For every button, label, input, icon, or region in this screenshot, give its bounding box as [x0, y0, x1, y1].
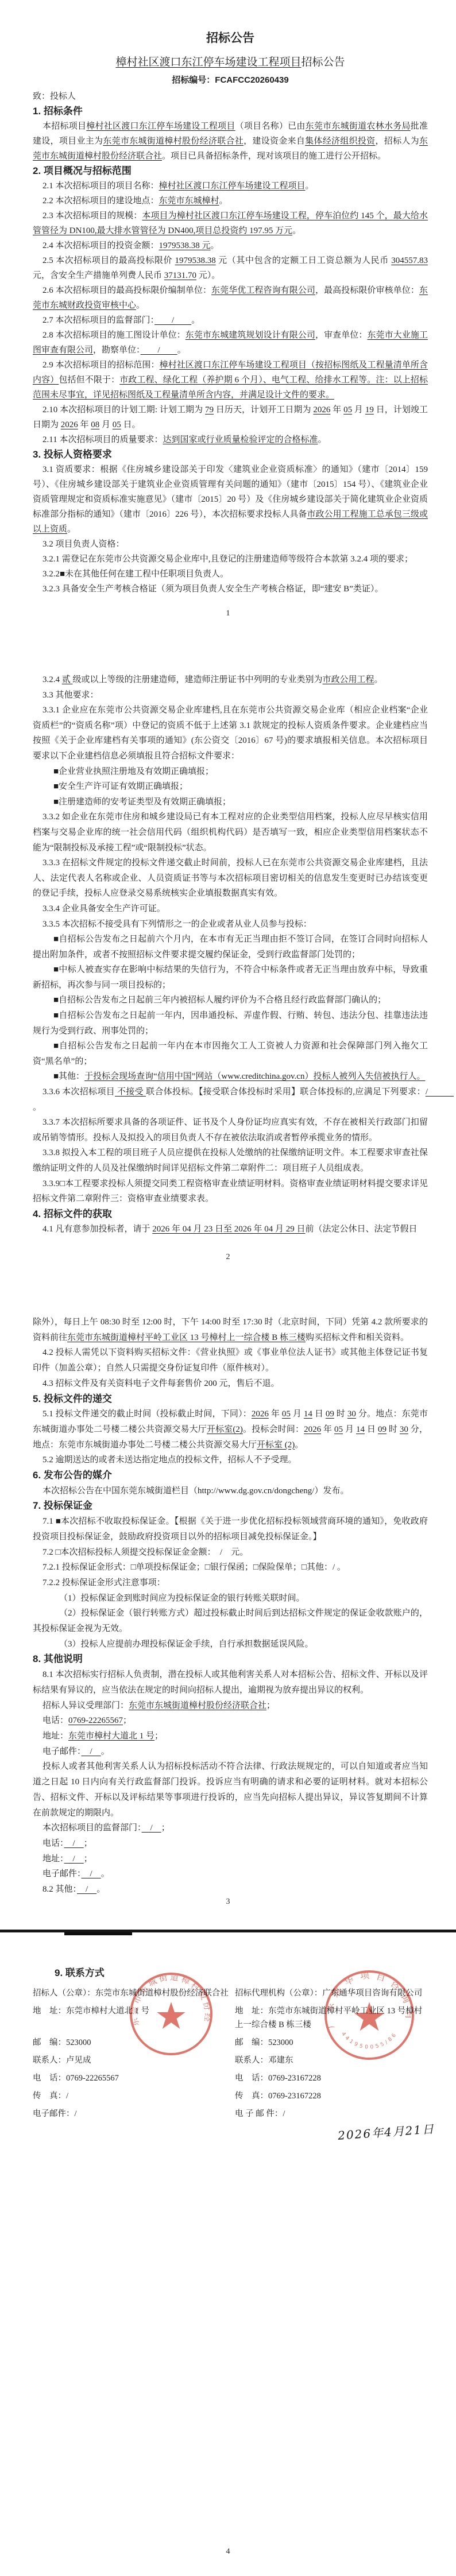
field-value: 不接受 — [115, 1087, 146, 1097]
section-1-heading: 1. 招标条件 — [33, 104, 428, 119]
exclusion-bullet-contract-refusal: ■自招标公告发布之日起前六个月内，在本市有无正当理由拒不签订合同，在签订合同时向… — [33, 932, 428, 962]
clause-2-2: 2.2 本次招标项目的建设地点：东莞市东城樟村。 — [33, 193, 428, 208]
requirement-bullet-license: ■企业营业执照注册地及有效期正确填报； — [33, 764, 428, 780]
field-value: 樟村社区渡口东江停车场建设工程项目 — [115, 56, 301, 68]
clause-3-2-2: 3.2.2■未在其他任何在建工程中任职项目负责人。 — [33, 567, 428, 582]
clause-4-1-part1: 4.1 凡有意参加投标者，请于 2026 年 04 月 23 日至 2026 年… — [33, 1222, 428, 1237]
clause-7-2-2-item1: （1）投标保证金到账时间应为投标保证金的银行转账关联时间。 — [33, 1591, 428, 1606]
page-2: 3.2.4 贰 级或以上等级的注册建造师，建造师注册证书中列明的专业类别为市政公… — [33, 672, 428, 1237]
tender-ref-number: FCAFCC20260439 — [215, 75, 288, 85]
salutation: 致：投标人 — [33, 89, 428, 104]
clause-3-2-1: 3.2.1 需登记在东莞市公共资源交易企业库中,且登记的注册建造师等级符合本款第… — [33, 552, 428, 567]
tenderer-email-row: 电子邮件：/ — [33, 2107, 235, 2121]
field-value: 14 — [304, 1409, 312, 1419]
agency-email-row: 电 子 邮 件：/ — [235, 2107, 429, 2121]
clause-2-3: 2.3 本次招标项目的规模：本项目为樟村社区渡口东江停车场建设工程，停车泊位约 … — [33, 208, 428, 238]
supervision-address: 地址： / ； — [33, 1851, 428, 1867]
field-value: / — [82, 1869, 101, 1878]
tenderer-phone-row: 电 话：0769-22265567 — [33, 2071, 235, 2085]
supervision-dept: 本次招标项目的监督部门： / ； — [33, 1820, 428, 1836]
page-number-4: 4 — [0, 2545, 456, 2559]
field-value: 东莞市东城街道农林水务局 — [306, 122, 411, 131]
clause-3-3-3: 3.3.3 在招标文件规定的投标文件递交截止时间前，投标人已在东莞市公共资源交易… — [33, 855, 428, 901]
clause-2-1: 2.1 本次招标项目的项目名称：樟村社区渡口东江停车场建设工程项目。 — [33, 179, 428, 193]
field-value: / — [154, 316, 191, 325]
field-value: 东莞市樟村大道北 1 号 — [68, 1731, 154, 1741]
agency-stamp-code: 441950055/86 — [340, 2031, 398, 2050]
clause-7-2-1: 7.2.1 投标保证金形式：□单项投标保证金；□银行保函；□保险保单；□其他：/… — [33, 1560, 428, 1575]
field-value: 1979538.38 元 — [159, 241, 211, 250]
clause-3-3: 3.3 其他要求： — [33, 688, 428, 703]
clause-5-1: 5.1 投标文件递交的截止时间（投标截止时间，下同）：2026 年 05 月 1… — [33, 1407, 428, 1452]
clause-7-2-2: 7.2.2 投标保证金形式注意事项： — [33, 1575, 428, 1591]
supervision-email: 电子邮件： / 。 — [33, 1866, 428, 1882]
section-8-heading: 8. 其他说明 — [33, 1652, 428, 1667]
field-value: 贰 — [62, 675, 73, 684]
clause-3-2-3: 3.2.3 具备安全生产考核合格证（须为项目负责人安全生产考核合格证，即“建安 … — [33, 582, 428, 596]
page-number-3: 3 — [0, 1895, 456, 1909]
clause-7-2-2-item2: （2）投标保证金（银行转账方式）超过投标截止时间后到达招标文件规定的保证金收款账… — [33, 1606, 428, 1636]
field-value: 集体经济组织投资 — [305, 137, 375, 146]
clause-4-1-part2: 除外），每日上午 08:30 时至 12:00 时，下午 14:00 时至 17… — [33, 1315, 428, 1345]
document: 招标公告 樟村社区渡口东江停车场建设工程项目招标公告 招标编号：FCAFCC20… — [0, 0, 456, 2576]
field-value: 2026 — [313, 405, 330, 415]
clause-7-1: 7.1 ■本次招标不收取投标保证金。【根据《关于进一步优化招标投标领域营商环境的… — [33, 1514, 428, 1544]
field-value: 市政公用工程施工总承包三级或以上资质 — [33, 510, 428, 534]
tender-ref: 招标编号：FCAFCC20260439 — [33, 74, 428, 87]
field-value: 樟村社区渡口东江停车场建设工程项目 — [86, 122, 235, 131]
objection-address: 地址：东莞市樟村大道北 1 号； — [33, 1729, 428, 1744]
field-value: 开标室 (2) — [257, 1440, 295, 1450]
field-value: 市政工程、绿化工程（养护期 6 个月）、电气工程、给排水工程等。 — [119, 375, 376, 385]
exclusion-bullet-wage-blacklist: ■自招标公告发布之日起前一年内在本市因拖欠工人工资被人力资源和社会保障部门列入拖… — [33, 1039, 428, 1069]
clause-2-4: 2.4 本次招标项目的投资金额：1979538.38 元。 — [33, 238, 428, 253]
section-5-heading: 5. 投标文件的递交 — [33, 1392, 428, 1407]
field-value: 08 — [91, 420, 99, 429]
supervision-phone: 电话： / ； — [33, 1836, 428, 1851]
clause-3-2-4: 3.2.4 贰 级或以上等级的注册建造师，建造师注册证书中列明的专业类别为市政公… — [33, 672, 428, 688]
agency-fax-row: 传 真：0769-23167228 — [235, 2089, 429, 2103]
field-value: 2026 — [304, 1425, 321, 1434]
exclusion-bullet-credit-china: ■其他：于投标会现场查询“信用中国”网站（www.creditchina.gov… — [33, 1069, 428, 1084]
field-value: / — [77, 1885, 96, 1894]
section-4-heading: 4. 招标文件的获取 — [33, 1207, 428, 1222]
doc-title: 招标公告 — [33, 30, 428, 47]
clause-7-2-2-item3: （3）投标人应提前办理投标保证金手续，自行承担数据延误风险。 — [33, 1637, 428, 1652]
field-value: / — [141, 346, 177, 355]
stamp-star-icon — [157, 2002, 185, 2029]
exclusion-bullet-evaluation: ■自招标公告发布之日起前三年内被招标人履约评价为不合格且经行政监督部门确认的； — [33, 993, 428, 1008]
field-value: 14 — [356, 1425, 365, 1434]
clause-2-7: 2.7 本次招标项目的监督部门： / 。 — [33, 313, 428, 328]
clause-5-2: 5.2 逾期送达的或者未送达指定地点的投标文件，招标人不予受理。 — [33, 1452, 428, 1468]
complaint-note: 投标人或者其他利害关系人认为招标投标活动不符合法律、行政法规规定的，可以自知道或… — [33, 1759, 428, 1820]
field-value: 09 — [378, 1425, 387, 1434]
field-value: 开标室(2) — [207, 1425, 243, 1434]
page-number-2: 2 — [0, 1250, 456, 1264]
page-1-body: 致：投标人1. 招标条件本招标项目樟村社区渡口东江停车场建设工程项目（项目名称）… — [33, 89, 428, 596]
field-value: / — [142, 1823, 161, 1833]
field-value: 于投标会现场查询“信用中国”网站（www.creditchina.gov.cn）… — [84, 1072, 425, 1081]
field-value: / — [426, 1087, 454, 1097]
field-value: 市政公用工程 — [323, 675, 374, 684]
clause-4-2: 4.2 投标人需凭以下资料购买招标文件：《营业执照》或《事业单位法人证书》或其他… — [33, 1345, 428, 1376]
field-value: 达到国家或行业质量检验评定的合格标准 — [163, 435, 318, 444]
page-3: 除外），每日上午 08:30 时至 12:00 时，下午 14:00 时至 17… — [33, 1315, 428, 1897]
doc-subtitle: 樟村社区渡口东江停车场建设工程项目招标公告 — [33, 55, 428, 71]
objection-email: 电子邮件： / 。 — [33, 1744, 428, 1760]
field-value: 樟村社区渡口东江停车场建设工程项目 — [159, 181, 306, 191]
field-value: 30 — [347, 1409, 356, 1419]
field-value: 东莞市东城街道樟村平岭工业区 13 号樟村上一综合楼 B 栋三楼 — [67, 1333, 306, 1342]
field-value: 招标公告 — [302, 56, 345, 68]
clause-3-3-9: 3.3.9□本工程要求投标人须提交同类工程资格审查业绩证明材料。资格审查业绩证明… — [33, 1176, 428, 1207]
clause-3-3-6: 3.3.6 本次招标项目 不接受 联合体投标。【接受联合体投标时采用】联合体投标… — [33, 1084, 428, 1115]
clause-2-5: 2.5 本次招标项目的最高投标限价 1979538.38 元（其中包含的定额工日… — [33, 253, 428, 283]
clause-3-3-1: 3.3.1 企业应在东莞市公共资源交易企业库建档,且在东莞市公共资源交易企业库（… — [33, 703, 428, 764]
clause-3-3-7: 3.3.7 本次招标所要求具备的各项证件、证书及个人身份证均应真实有效，不存在被… — [33, 1115, 428, 1145]
agency-phone-row: 电 话：0769-23167228 — [235, 2071, 429, 2085]
page-scan-divider-notch — [64, 1932, 132, 1935]
svg-text:441950055/86: 441950055/86 — [340, 2031, 398, 2050]
stamp-star-icon — [354, 2002, 385, 2031]
section-6-heading: 6. 发布公告的媒介 — [33, 1468, 428, 1483]
page-1: 招标公告 樟村社区渡口东江停车场建设工程项目招标公告 招标编号：FCAFCC20… — [33, 30, 428, 596]
field-value: 东莞市东城街道樟村股份经济联合社 — [129, 1701, 266, 1710]
clause-7-2: 7.2 □本次招标投标人须提交投标保证金金额： / 元。 — [33, 1545, 428, 1560]
field-value: 19 — [365, 405, 374, 415]
field-value: 2026 年 04 月 23 日至 2026 年 04 月 29 日 — [152, 1225, 305, 1234]
clause-3-1: 3.1 资质要求：根据《住房城乡建设部关于印发〈建筑业企业资质标准〉的通知》（建… — [33, 462, 428, 537]
field-value: 05 — [334, 1425, 343, 1434]
clause-2-11: 2.11 本次招标项目的质量要求：达到国家或行业质量检验评定的合格标准。 — [33, 432, 428, 447]
section-3-heading: 3. 投标人资格要求 — [33, 447, 428, 462]
field-value: 1979538.38 — [175, 256, 216, 265]
clause-3-3-8: 3.3.8 拟投入本工程的项目班子人员应提供在投标人处缴纳的社保缴纳证明文件。本… — [33, 1145, 428, 1176]
clause-3-2: 3.2 项目负责人资格： — [33, 537, 428, 552]
exclusion-bullet-bad-faith: ■中标人被查实存在影响中标结果的失信行为，不符合中标条件或者无正当理由放弃中标，… — [33, 962, 428, 993]
section-7-heading: 7. 投标保证金 — [33, 1498, 428, 1514]
field-value: 2026 — [61, 420, 78, 429]
field-value: 30 — [400, 1425, 408, 1434]
field-value: 东莞市东城樟村 — [159, 196, 219, 206]
tenderer-fax-row: 传 真：/ — [33, 2089, 235, 2103]
page-number-1: 1 — [0, 607, 456, 621]
field-value: / — [82, 1747, 101, 1756]
tenderer-official-stamp: 东莞市东城街道樟村股份经济联合社 — [128, 1971, 214, 2057]
section-2-heading: 2. 项目概况与招标范围 — [33, 164, 428, 179]
objection-phone: 电话：0769-22265567； — [33, 1713, 428, 1729]
exclusion-bullet-collusion: ■自招标公告发布之日起前一年内，因串通投标、弄虚作假、行贿、转包、违法分包、挂靠… — [33, 1008, 428, 1039]
field-value: 东莞市东城街道樟村股份经济联合社 — [103, 137, 244, 146]
requirement-bullet-safety-permit: ■安全生产许可证有效期正确填报； — [33, 779, 428, 795]
field-value: 东莞华优工程咨询有限公司 — [211, 286, 315, 295]
requirement-bullet-builder-cert: ■注册建造师的安考证类型及有效期正确填报； — [33, 795, 428, 810]
clause-8-1: 8.1 本次招标实行招标人负责制，潜在投标人或其他利害关系人对本招标公告、招标文… — [33, 1667, 428, 1698]
field-value: / — [64, 1854, 84, 1864]
field-value: 本项目为樟村社区渡口东江停车场建设工程，停车泊位约 145 个，最大给水管管径为… — [33, 211, 428, 235]
agency-official-stamp: 广东通华项目咨询有限公司 441950055/86 — [323, 1969, 416, 2062]
clause-3-3-2: 3.3.2 如企业在东莞市住房和城乡建设局已有本工程对应的企业类型信用档案，投标… — [33, 809, 428, 855]
field-value: 05 — [113, 420, 121, 429]
field-value: 304557.83 — [391, 256, 428, 265]
field-value: 05 — [343, 405, 352, 415]
clause-2-6: 2.6 本次招标项目的最高投标限价编制单位：东莞华优工程咨询有限公司，最高投标限… — [33, 283, 428, 313]
tender-ref-label: 招标编号： — [172, 75, 215, 85]
clause-2-10: 2.10 本次招标项目的计划工期: 计划工期为 79 日历天，计划开工日期为 2… — [33, 402, 428, 432]
section-9-heading: 9. 联系方式 — [55, 1966, 105, 1980]
objection-dept: 招标人异议受理部门：东莞市东城街道樟村股份经济联合社； — [33, 1698, 428, 1714]
field-value: 2026 — [252, 1409, 269, 1419]
clause-2-8: 2.8 本次招标项目的施工图设计单位：东莞市东城建筑规划设计有限公司，审查单位：… — [33, 328, 428, 358]
field-value: 79 — [205, 405, 214, 415]
clause-6-media: 本次招标公告在中国东莞东城街道栏目（http://www.dg.gov.cn/d… — [33, 1483, 428, 1499]
field-value: 09 — [326, 1409, 334, 1419]
clause-3-3-5: 3.3.5 本次招标不接受具有下列情形之一的企业或者从业人员参与投标： — [33, 917, 428, 932]
field-value: 37131.70 — [164, 271, 196, 280]
clause-1-intro: 本招标项目樟村社区渡口东江停车场建设工程项目（项目名称）已由东莞市东城街道农林水… — [33, 119, 428, 164]
field-value: 东莞市东城建筑规划设计有限公司 — [186, 331, 315, 340]
clause-3-3-4: 3.3.4 企业具备安全生产许可证。 — [33, 901, 428, 917]
clause-4-3: 4.3 招标文件及有关资料电子文件每套售价 200 元，售后不退。 — [33, 1376, 428, 1392]
clause-2-9: 2.9 本次招标项目的招标范围：樟村社区渡口东江停车场建设工程项目（按招标图纸及… — [33, 358, 428, 402]
field-value: 05 — [282, 1409, 291, 1419]
field-value: / — [64, 1839, 84, 1848]
field-value: 0769-22265567 — [68, 1716, 123, 1725]
